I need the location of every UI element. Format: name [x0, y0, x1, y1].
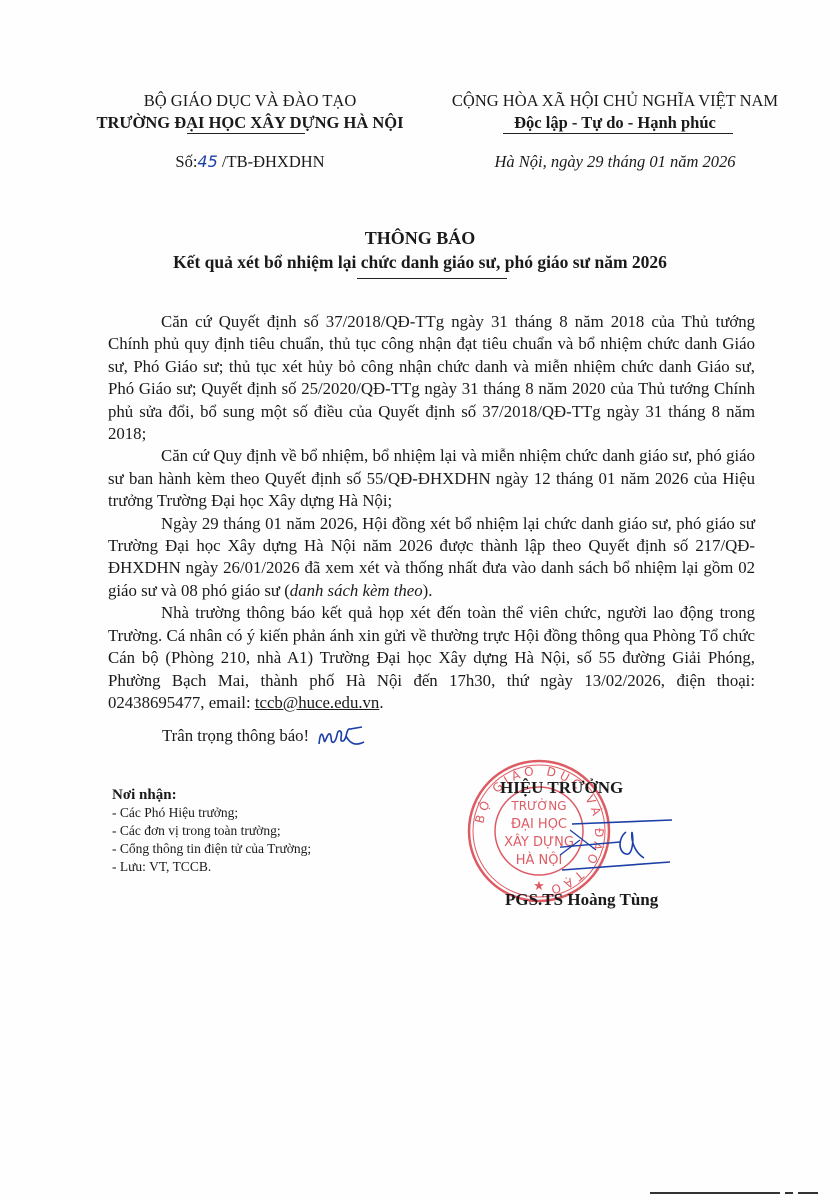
document-body: Căn cứ Quyết định số 37/2018/QĐ-TTg ngày… [108, 311, 755, 714]
document-title: THÔNG BÁO [0, 228, 840, 249]
body-paragraph-contact: Nhà trường thông báo kết quả họp xét đến… [108, 602, 755, 714]
document-page: BỘ GIÁO DỤC VÀ ĐÀO TẠO TRƯỜNG ĐẠI HỌC XÂ… [0, 0, 840, 1200]
signatory-position: HIỆU TRƯỞNG [500, 778, 740, 798]
motto-underline [503, 133, 733, 134]
email-link[interactable]: tccb@huce.edu.vn [255, 693, 379, 712]
signatory-name: PGS.TS Hoàng Tùng [505, 890, 745, 910]
body-paragraph: Căn cứ Quyết định số 37/2018/QĐ-TTg ngày… [108, 311, 755, 445]
recipients-heading: Nơi nhận: [112, 786, 311, 804]
place-date: Hà Nội, ngày 29 tháng 01 năm 2026 [420, 152, 810, 172]
handwritten-initial-icon [316, 722, 368, 752]
document-number: Số:45 /TB-ĐHXDHN [70, 152, 430, 172]
national-header: CỘNG HÒA XÃ HỘI CHỦ NGHĨA VIỆT NAM Độc l… [420, 90, 810, 134]
issuer-header: BỘ GIÁO DỤC VÀ ĐÀO TẠO TRƯỜNG ĐẠI HỌC XÂ… [70, 90, 430, 134]
svg-text:HÀ NỘI: HÀ NỘI [516, 852, 563, 868]
issuer-underline [187, 133, 305, 134]
school-name: TRƯỜNG ĐẠI HỌC XÂY DỰNG HÀ NỘI [70, 112, 430, 134]
scan-edge-line [798, 1192, 818, 1194]
svg-text:TRƯỜNG: TRƯỜNG [510, 798, 566, 813]
closing-line: Trân trọng thông báo! [162, 722, 368, 752]
recipients-block: Nơi nhận: - Các Phó Hiệu trưởng; - Các đ… [112, 786, 311, 876]
council-text-end: ). [423, 581, 433, 600]
contact-text: Nhà trường thông báo kết quả họp xét đến… [108, 603, 755, 712]
svg-text:ĐẠI HỌC: ĐẠI HỌC [511, 817, 567, 832]
scan-edge-line [785, 1192, 793, 1194]
closing-text: Trân trọng thông báo! [162, 726, 309, 745]
attached-list-note: danh sách kèm theo [290, 581, 423, 600]
republic-name: CỘNG HÒA XÃ HỘI CHỦ NGHĨA VIỆT NAM [420, 90, 810, 112]
doc-number-suffix: /TB-ĐHXDHN [222, 152, 325, 171]
recipient-item: - Các Phó Hiệu trưởng; [112, 804, 311, 822]
body-paragraph-council: Ngày 29 tháng 01 năm 2026, Hội đồng xét … [108, 513, 755, 603]
document-subtitle: Kết quả xét bổ nhiệm lại chức danh giáo … [0, 252, 840, 273]
recipient-item: - Các đơn vị trong toàn trường; [112, 822, 311, 840]
body-paragraph: Căn cứ Quy định về bổ nhiệm, bổ nhiệm lạ… [108, 445, 755, 512]
doc-number-prefix: Số: [175, 152, 197, 171]
ministry-name: BỘ GIÁO DỤC VÀ ĐÀO TẠO [70, 90, 430, 112]
recipient-item: - Cổng thông tin điện tử của Trường; [112, 840, 311, 858]
doc-number-handwritten: 45 [197, 152, 217, 171]
scan-edge-line [650, 1192, 780, 1194]
signature-icon [560, 810, 680, 880]
title-underline [357, 278, 507, 279]
contact-text-end: . [379, 693, 383, 712]
recipient-item: - Lưu: VT, TCCB. [112, 858, 311, 876]
national-motto: Độc lập - Tự do - Hạnh phúc [420, 112, 810, 134]
